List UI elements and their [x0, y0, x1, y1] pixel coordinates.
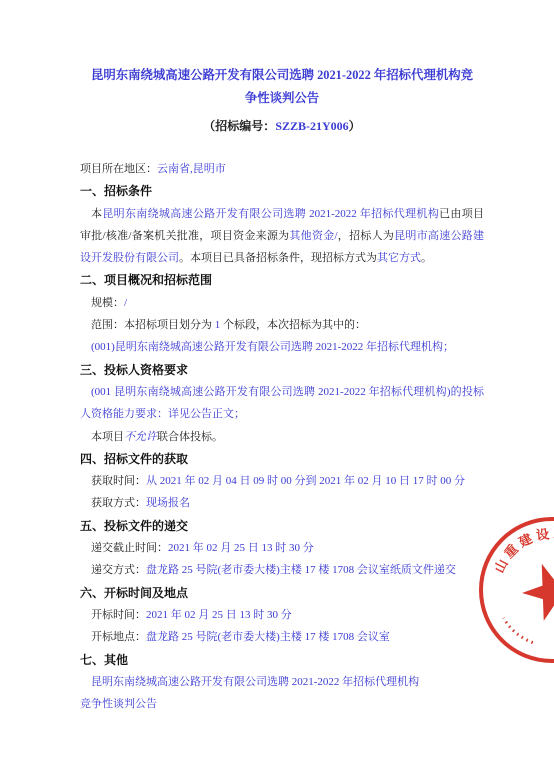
- text-run: 。本项目已具备招标条件，现招标方式为: [179, 252, 377, 264]
- other-project-name-line: 昆明东南绕城高速公路开发有限公司选聘 2021-2022 年招标代理机构: [80, 671, 484, 693]
- submit-deadline-line: 递交截止时间：2021 年 02 月 25 日 13 时 30 分: [80, 537, 484, 559]
- other-announcement-line: 竞争性谈判公告: [80, 693, 484, 715]
- tender-ref-line: （招标编号：SZZB-21Y006）: [80, 117, 484, 134]
- section-7-heading: 七、其他: [80, 649, 484, 671]
- scale-label: 规模：: [91, 297, 124, 309]
- section-3-heading: 三、投标人资格要求: [80, 359, 484, 381]
- obtain-method-value: 现场报名: [146, 497, 190, 509]
- tender-conditions-paragraph: 本昆明东南绕城高速公路开发有限公司选聘 2021-2022 年招标代理机构已由项…: [80, 203, 484, 270]
- opening-place-line: 开标地点：盘龙路 25 号院(老市委大楼)主楼 17 楼 1708 会议室: [80, 626, 484, 648]
- opening-place-value: 盘龙路 25 号院(老市委大楼)主楼 17 楼 1708 会议室: [146, 631, 390, 643]
- tender-ref-open: （招标编号：: [203, 119, 275, 133]
- submit-deadline-value: 2021 年 02 月 25 日 13 时 30 分: [168, 542, 314, 554]
- text-run: 联合体投标。: [157, 431, 223, 443]
- funding-source-run: 其他资金/: [289, 230, 337, 242]
- opening-time-line: 开标时间：2021 年 02 月 25 日 13 时 30 分: [80, 604, 484, 626]
- tender-method-run: 其它方式: [377, 252, 421, 264]
- document-page: 昆明东南绕城高速公路开发有限公司选聘 2021-2022 年招标代理机构竞争性谈…: [0, 0, 554, 783]
- text-run: 范围：本招标项目划分为: [91, 319, 215, 331]
- tender-ref-close: ）: [349, 119, 361, 133]
- bid-section-item: (001)昆明东南绕城高速公路开发有限公司选聘 2021-2022 年招标代理机…: [80, 336, 484, 358]
- obtain-time-value: 从 2021 年 02 月 04 日 09 时 00 分到 2021 年 02 …: [146, 475, 465, 487]
- section-4-heading: 四、招标文件的获取: [80, 448, 484, 470]
- obtain-time-line: 获取时间：从 2021 年 02 月 04 日 09 时 00 分到 2021 …: [80, 470, 484, 492]
- submit-method-line: 递交方式：盘龙路 25 号院(老市委大楼)主楼 17 楼 1708 会议室纸质文…: [80, 559, 484, 581]
- submit-deadline-label: 递交截止时间：: [91, 542, 168, 554]
- text-run: ，招标人为: [338, 230, 395, 242]
- project-location-line: 项目所在地区：云南省,昆明市: [80, 158, 484, 180]
- scale-line: 规模：/: [80, 292, 484, 314]
- section-2-heading: 二、项目概况和招标范围: [80, 269, 484, 291]
- joint-venture-line: 本项目不允许联合体投标。: [80, 426, 484, 448]
- location-label: 项目所在地区：: [80, 163, 157, 175]
- document-content: 昆明东南绕城高速公路开发有限公司选聘 2021-2022 年招标代理机构竞争性谈…: [0, 0, 554, 715]
- tender-ref-code: SZZB-21Y006: [275, 119, 348, 133]
- opening-time-label: 开标时间：: [91, 609, 146, 621]
- obtain-time-label: 获取时间：: [91, 475, 146, 487]
- obtain-method-label: 获取方式：: [91, 497, 146, 509]
- location-value: 云南省,昆明市: [157, 163, 226, 175]
- text-run: 本项目: [91, 431, 124, 443]
- not-allowed-run: 不允许: [124, 431, 157, 443]
- obtain-method-line: 获取方式：现场报名: [80, 492, 484, 514]
- text-run: 。: [421, 252, 432, 264]
- text-run: 个标段，本次招标为其中的：: [220, 319, 366, 331]
- section-1-heading: 一、招标条件: [80, 180, 484, 202]
- submit-method-value: 盘龙路 25 号院(老市委大楼)主楼 17 楼 1708 会议室纸质文件递交: [146, 564, 456, 576]
- project-name-run: 昆明东南绕城高速公路开发有限公司选聘 2021-2022 年招标代理机构: [102, 208, 439, 220]
- scope-line: 范围：本招标项目划分为 1 个标段，本次招标为其中的：: [80, 314, 484, 336]
- section-5-heading: 五、投标文件的递交: [80, 515, 484, 537]
- opening-time-value: 2021 年 02 月 25 日 13 时 30 分: [146, 609, 292, 621]
- qualification-paragraph: (001 昆明东南绕城高速公路开发有限公司选聘 2021-2022 年招标代理机…: [80, 381, 484, 426]
- submit-method-label: 递交方式：: [91, 564, 146, 576]
- page-title: 昆明东南绕城高速公路开发有限公司选聘 2021-2022 年招标代理机构竞争性谈…: [86, 64, 478, 110]
- section-6-heading: 六、开标时间及地点: [80, 582, 484, 604]
- text-run: 本: [91, 208, 102, 220]
- scale-value: /: [124, 297, 127, 309]
- opening-place-label: 开标地点：: [91, 631, 146, 643]
